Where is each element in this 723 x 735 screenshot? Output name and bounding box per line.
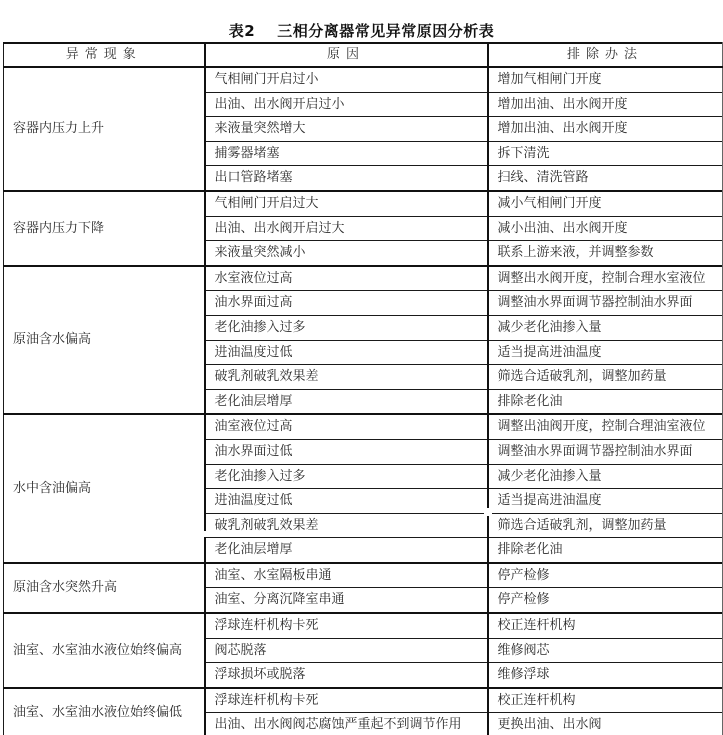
table-title-text: 三相分离器常见异常原因分析表 [277,22,494,40]
remedy-cell: 调整油水界面调节器控制油水界面 [488,439,723,464]
remedy-cell: 调整油水界面调节器控制油水界面 [488,291,723,316]
phenomenon-cell: 容器内压力上升 [4,67,205,191]
phenomenon-cell: 原油含水突然升高 [4,563,205,613]
remedy-cell: 维修阀芯 [488,638,723,663]
table-row: 原油含水偏高 水室液位过高 调整出水阀开度，控制合理水室液位 [4,266,723,291]
scan-artifact [400,532,410,536]
remedy-cell: 联系上游来液，并调整参数 [488,241,723,266]
cause-cell: 老化油层增厚 [205,389,488,414]
cause-cell: 来液量突然增大 [205,117,488,142]
remedy-cell: 减小出油、出水阀开度 [488,216,723,241]
scan-artifact [484,508,492,516]
cause-cell: 进油温度过低 [205,489,488,514]
cause-cell: 老化油层增厚 [205,538,488,563]
cause-cell: 油水界面过低 [205,439,488,464]
remedy-cell: 筛选合适破乳剂，调整加药量 [488,365,723,390]
remedy-cell: 增加出油、出水阀开度 [488,117,723,142]
cause-cell: 气相闸门开启过小 [205,67,488,92]
scan-artifact [300,532,312,536]
header-phenomenon: 异常现象 [4,43,205,67]
header-row: 异常现象 原因 排除办法 [4,43,723,67]
cause-cell: 破乳剂破乳效果差 [205,365,488,390]
remedy-cell: 维修浮球 [488,663,723,688]
remedy-cell: 增加出油、出水阀开度 [488,92,723,117]
phenomenon-cell: 水中含油偏高 [4,414,205,563]
remedy-cell: 排除老化油 [488,538,723,563]
cause-cell: 阀芯脱落 [205,638,488,663]
cause-cell: 浮球损坏或脱落 [205,663,488,688]
header-cause: 原因 [205,43,488,67]
cause-cell: 出油、出水阀开启过大 [205,216,488,241]
remedy-cell: 调整出油阀开度，控制合理油室液位 [488,414,723,439]
cause-cell: 浮球连杆机构卡死 [205,688,488,713]
scan-artifact [262,508,270,512]
table-row: 原油含水突然升高 油室、水室隔板串通 停产检修 [4,563,723,588]
table-row: 水中含油偏高 油室液位过高 调整出油阀开度，控制合理油室液位 [4,414,723,439]
remedy-cell: 排除老化油 [488,389,723,414]
phenomenon-cell: 油室、水室油水液位始终偏低 [4,688,205,735]
remedy-cell: 筛选合适破乳剂，调整加药量 [488,513,723,538]
remedy-cell: 适当提高进油温度 [488,340,723,365]
cause-cell: 进油温度过低 [205,340,488,365]
remedy-cell: 扫线、清洗管路 [488,166,723,191]
cause-cell: 捕雾器堵塞 [205,141,488,166]
table-number: 表2 [229,22,255,40]
cause-cell: 出油、出水阀开启过小 [205,92,488,117]
table-row: 容器内压力下降 气相闸门开启过大 减小气相闸门开度 [4,191,723,216]
cause-cell: 油水界面过高 [205,291,488,316]
cause-cell: 浮球连杆机构卡死 [205,613,488,638]
remedy-cell: 调整出水阀开度，控制合理水室液位 [488,266,723,291]
cause-cell: 油室、分离沉降室串通 [205,588,488,613]
cause-cell: 老化油掺入过多 [205,464,488,489]
remedy-cell: 减少老化油掺入量 [488,464,723,489]
cause-cell: 油室、水室隔板串通 [205,563,488,588]
cause-cell: 水室液位过高 [205,266,488,291]
remedy-cell: 停产检修 [488,588,723,613]
remedy-cell: 拆下清洗 [488,141,723,166]
remedy-cell: 停产检修 [488,563,723,588]
remedy-cell: 校正连杆机构 [488,688,723,713]
cause-cell: 来液量突然减小 [205,241,488,266]
cause-cell: 气相闸门开启过大 [205,191,488,216]
table-title: 表2三相分离器常见异常原因分析表 [0,20,723,41]
cause-cell: 出口管路堵塞 [205,166,488,191]
remedy-cell: 更换出油、出水阀 [488,713,723,735]
cause-cell: 出油、出水阀阀芯腐蚀严重起不到调节作用 [205,713,488,735]
phenomenon-cell: 容器内压力下降 [4,191,205,266]
remedy-cell: 减小气相闸门开度 [488,191,723,216]
remedy-cell: 增加气相闸门开度 [488,67,723,92]
remedy-cell: 适当提高进油温度 [488,489,723,514]
phenomenon-cell: 原油含水偏高 [4,266,205,415]
table-row: 油室、水室油水液位始终偏低 浮球连杆机构卡死 校正连杆机构 [4,688,723,713]
scan-artifact [200,531,208,537]
remedy-cell: 减少老化油掺入量 [488,315,723,340]
cause-cell: 油室液位过高 [205,414,488,439]
cause-cell: 破乳剂破乳效果差 [205,513,488,538]
table-row: 容器内压力上升 气相闸门开启过小 增加气相闸门开度 [4,67,723,92]
fault-analysis-table: 异常现象 原因 排除办法 容器内压力上升 气相闸门开启过小 增加气相闸门开度 出… [3,42,723,735]
phenomenon-cell: 油室、水室油水液位始终偏高 [4,613,205,688]
cause-cell: 老化油掺入过多 [205,315,488,340]
remedy-cell: 校正连杆机构 [488,613,723,638]
table-row: 油室、水室油水液位始终偏高 浮球连杆机构卡死 校正连杆机构 [4,613,723,638]
header-remedy: 排除办法 [488,43,723,67]
